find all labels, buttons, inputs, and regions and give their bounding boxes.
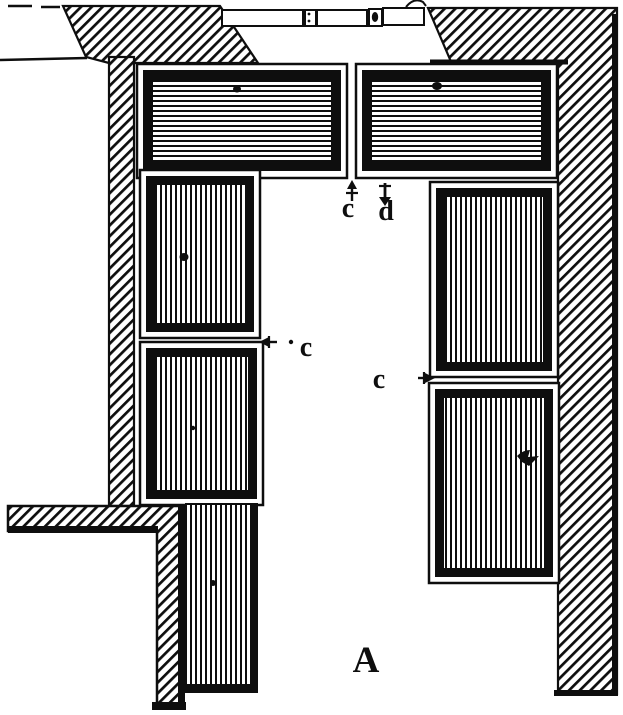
window-frame-band: [222, 8, 424, 26]
shutter-panel-right-upper: [430, 182, 558, 377]
label-c-right: c: [373, 364, 385, 395]
ink-smudge: [191, 426, 195, 430]
post-foot-edge: [152, 702, 186, 710]
plan-drawing: c d c c A: [0, 0, 623, 715]
shutter-panel-left-lower: [140, 342, 263, 505]
ink-smudge: [233, 86, 241, 93]
label-area-A: A: [353, 640, 380, 681]
engraving-plan-figure: c d c c A: [0, 0, 623, 715]
post-right-edge: [178, 506, 185, 706]
right-pier-foot-edge: [554, 690, 618, 696]
ink-smudge: [180, 253, 189, 261]
right-edge-line: [612, 14, 618, 692]
label-c-top: c: [342, 193, 354, 224]
ink-smudge: [432, 82, 442, 90]
wall-bar-bottom-edge: [8, 526, 158, 533]
ink-smudge: [210, 580, 216, 586]
ink-smudge: [372, 12, 378, 22]
left-pier: [109, 57, 134, 506]
reference-dot: [289, 340, 293, 344]
open-shutter-leaf: [186, 504, 257, 692]
shutter-panel-top-left: [137, 64, 347, 178]
shutter-panel-left-upper: [140, 170, 260, 338]
shutter-panel-right-lower: [429, 383, 559, 583]
label-d-top: d: [378, 196, 394, 227]
label-c-left: c: [300, 332, 312, 363]
shutter-panel-top-right: [356, 64, 557, 178]
mullion-block-left: [305, 10, 316, 26]
